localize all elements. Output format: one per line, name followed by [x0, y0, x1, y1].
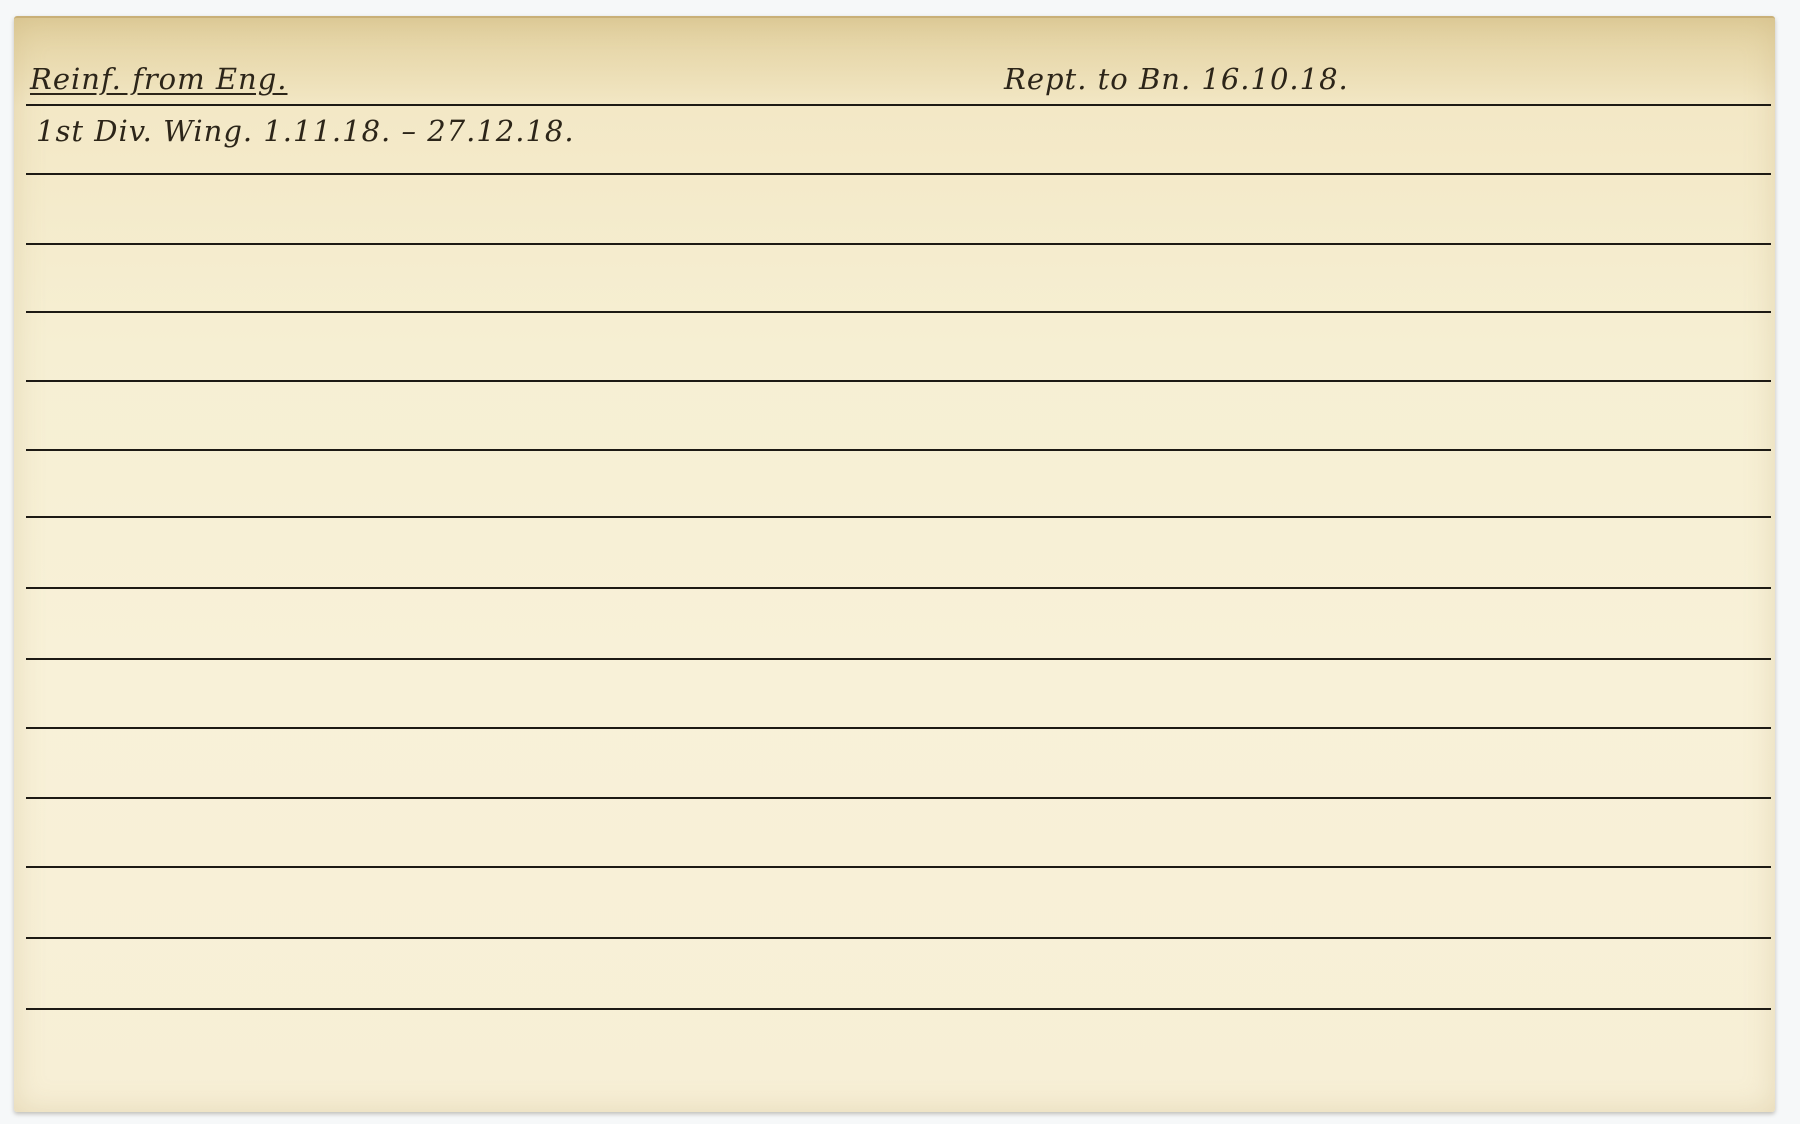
ruled-line	[26, 311, 1771, 313]
ruled-line	[26, 866, 1771, 868]
record-card: Reinf. from Eng. 1st Div. Wing. 1.11.18.…	[14, 16, 1775, 1112]
ruled-line	[26, 1008, 1771, 1010]
ruled-line	[26, 797, 1771, 799]
ruled-line	[26, 243, 1771, 245]
ruled-line	[26, 727, 1771, 729]
ruled-line	[26, 937, 1771, 939]
ruled-line	[26, 173, 1771, 175]
handwritten-entry-reported: Rept. to Bn. 16.10.18.	[1004, 62, 1349, 96]
ruled-line	[26, 658, 1771, 660]
ruled-line	[26, 380, 1771, 382]
handwritten-entry-reinforcement: Reinf. from Eng.	[30, 62, 288, 96]
ruled-line	[26, 587, 1771, 589]
handwritten-entry-division-wing: 1st Div. Wing. 1.11.18. – 27.12.18.	[36, 114, 575, 148]
ruled-line	[26, 104, 1771, 106]
ruled-line	[26, 516, 1771, 518]
ruled-line	[26, 449, 1771, 451]
